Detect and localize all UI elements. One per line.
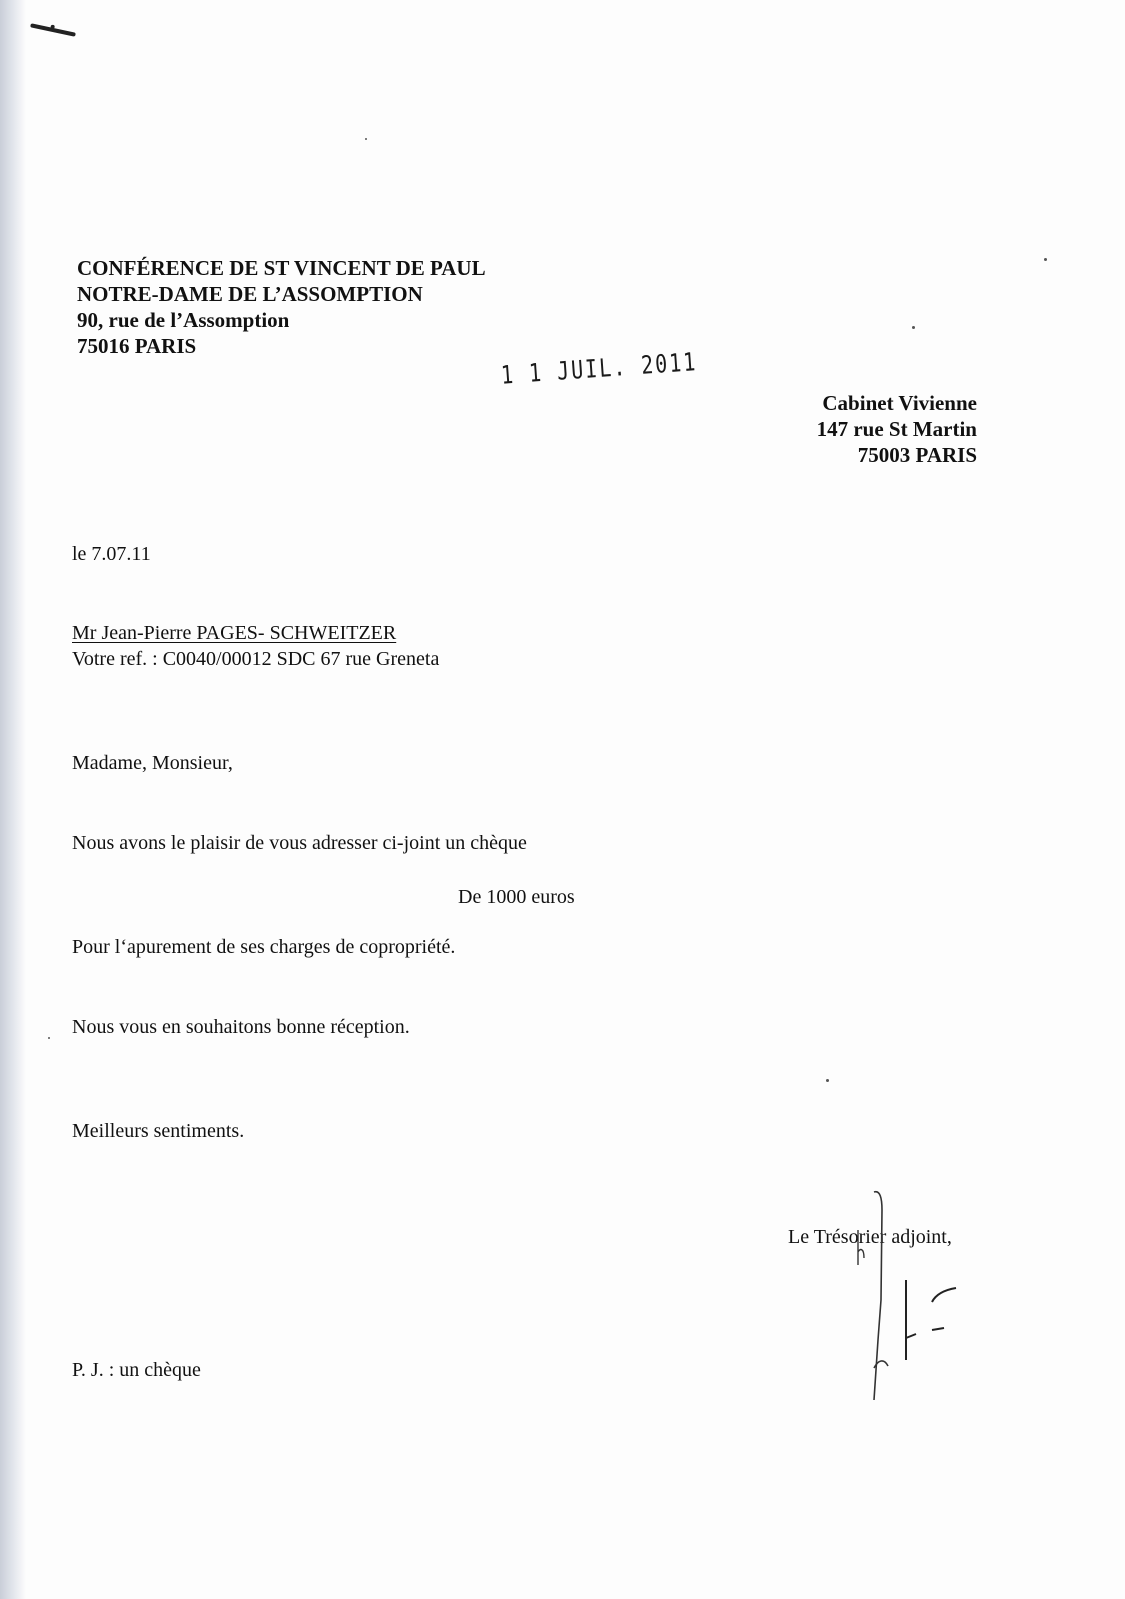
scan-speck: [912, 326, 915, 329]
recipient-city: 75003 PARIS: [817, 442, 977, 468]
salutation: Madame, Monsieur,: [72, 752, 233, 775]
recipient-street: 147 rue St Martin: [817, 416, 977, 442]
scan-speck: [48, 1037, 50, 1039]
sender-city: 75016 PARIS: [77, 333, 486, 359]
body-paragraph-3: Nous vous en souhaitons bonne réception.: [72, 1016, 410, 1039]
reference-line: Votre ref. : C0040/00012 SDC 67 rue Gren…: [72, 648, 439, 671]
received-date-stamp: 1 1 JUIL. 2011: [500, 346, 698, 390]
scan-speck: [1044, 258, 1047, 261]
recipient-company: Cabinet Vivienne: [817, 390, 977, 416]
scan-speck: [826, 1079, 829, 1082]
sender-org-name: CONFÉRENCE DE ST VINCENT DE PAUL: [77, 255, 486, 281]
sender-street: 90, rue de l’Assomption: [77, 307, 486, 333]
sender-address-block: CONFÉRENCE DE ST VINCENT DE PAUL NOTRE-D…: [77, 255, 486, 359]
staple-mark: [30, 23, 76, 36]
scan-speck: [365, 138, 367, 140]
closing-line: Meilleurs sentiments.: [72, 1120, 244, 1143]
letter-date: le 7.07.11: [72, 543, 151, 566]
handwritten-signature: [840, 1190, 980, 1410]
enclosure-note: P. J. : un chèque: [72, 1359, 201, 1382]
recipient-address-block: Cabinet Vivienne 147 rue St Martin 75003…: [817, 390, 977, 468]
scanner-edge-shadow: [0, 0, 26, 1599]
scanned-letter-page: CONFÉRENCE DE ST VINCENT DE PAUL NOTRE-D…: [0, 0, 1125, 1599]
body-paragraph-1: Nous avons le plaisir de vous adresser c…: [72, 832, 527, 855]
attention-name: Mr Jean-Pierre PAGES- SCHWEITZER: [72, 622, 396, 645]
sender-org-parish: NOTRE-DAME DE L’ASSOMPTION: [77, 281, 486, 307]
body-paragraph-2: Pour l‘apurement de ses charges de copro…: [72, 936, 455, 959]
cheque-amount: De 1000 euros: [458, 886, 575, 909]
